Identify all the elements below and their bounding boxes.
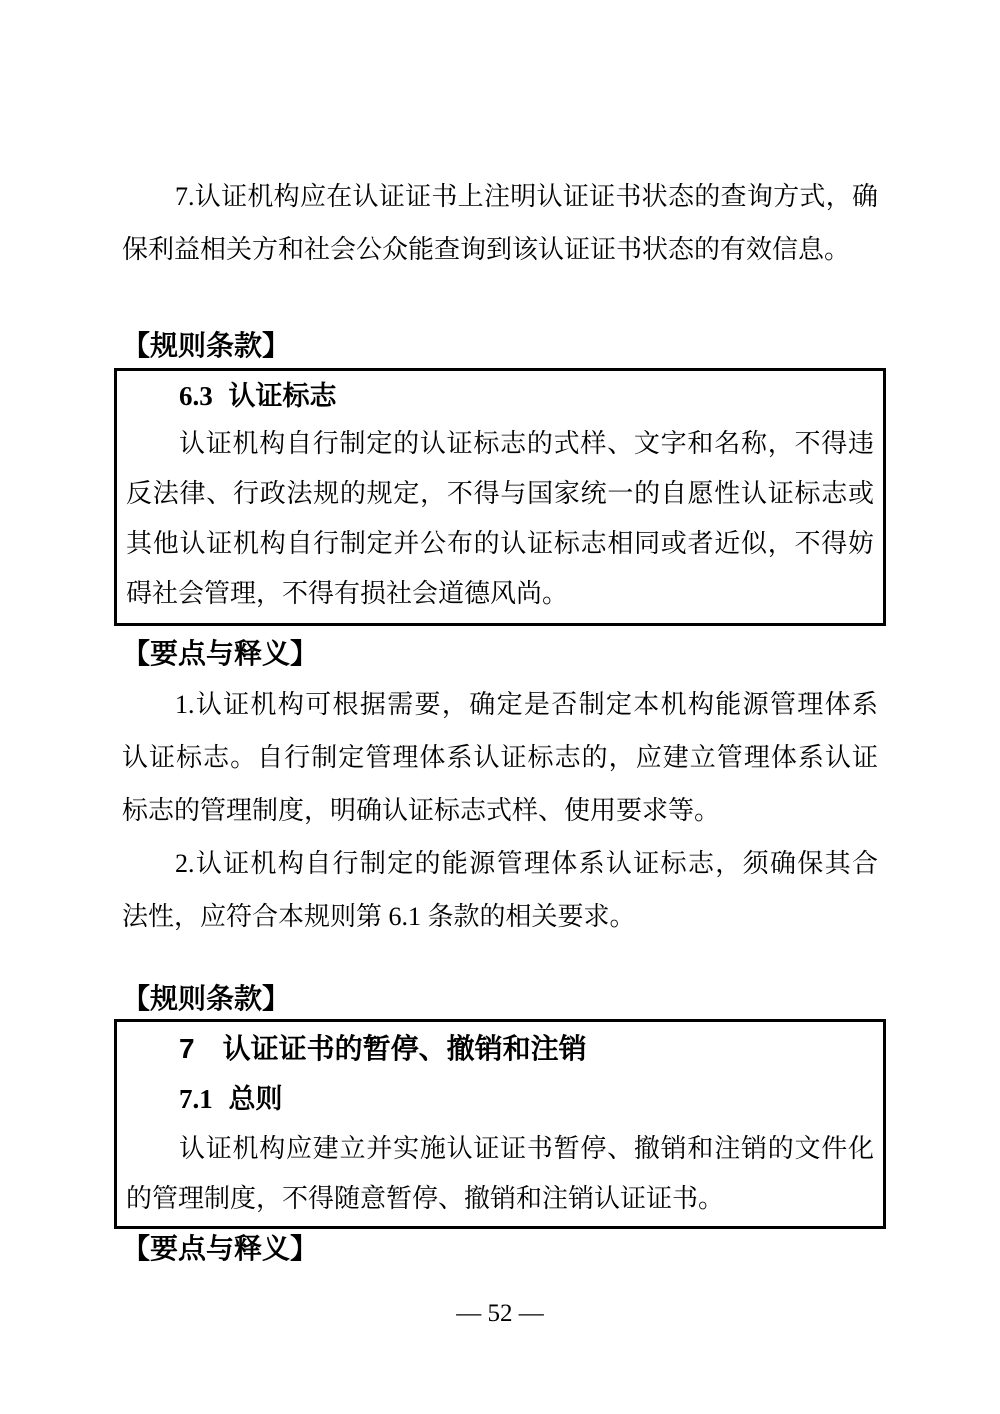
key-points-heading-1: 【要点与释义】 [122, 634, 878, 674]
box-title-6-3: 6.3 认证标志 [126, 373, 874, 419]
key-point-paragraph-2: 2.认证机构自行制定的能源管理体系认证标志，须确保其合 法性，应符合本规则第 6… [122, 837, 878, 943]
box-chapter-title-7: 7 认证证书的暂停、撤销和注销 [126, 1024, 874, 1074]
text-line: 碍社会管理，不得有损社会道德风尚。 [126, 569, 874, 619]
text-line: 7.认证机构应在认证证书上注明认证证书状态的查询方式，确 [122, 170, 878, 223]
text-line: 认证机构应建立并实施认证证书暂停、撤销和注销的文件化 [126, 1124, 874, 1174]
key-points-heading-2: 【要点与释义】 [122, 1229, 878, 1269]
rule-clause-box-7: 7 认证证书的暂停、撤销和注销 7.1 总则 认证机构应建立并实施认证证书暂停、… [114, 1019, 886, 1229]
key-point-paragraph-1: 1.认证机构可根据需要，确定是否制定本机构能源管理体系 认证标志。自行制定管理体… [122, 678, 878, 837]
page-number: — 52 — [0, 1298, 1000, 1330]
text-line: 认证标志。自行制定管理体系认证标志的，应建立管理体系认证 [122, 731, 878, 784]
text-line: 的管理制度，不得随意暂停、撤销和注销认证证书。 [126, 1174, 874, 1224]
text-line: 认证机构自行制定的认证标志的式样、文字和名称，不得违 [126, 419, 874, 469]
text-line: 其他认证机构自行制定并公布的认证标志相同或者近似，不得妨 [126, 519, 874, 569]
rule-clause-box-6-3: 6.3 认证标志 认证机构自行制定的认证标志的式样、文字和名称，不得违 反法律、… [114, 368, 886, 626]
page-content: 7.认证机构应在认证证书上注明认证证书状态的查询方式，确 保利益相关方和社会公众… [0, 0, 1000, 1269]
intro-paragraph: 7.认证机构应在认证证书上注明认证证书状态的查询方式，确 保利益相关方和社会公众… [122, 170, 878, 276]
rule-clause-heading-1: 【规则条款】 [122, 326, 878, 366]
text-line: 1.认证机构可根据需要，确定是否制定本机构能源管理体系 [122, 678, 878, 731]
text-line: 法性，应符合本规则第 6.1 条款的相关要求。 [122, 890, 878, 943]
box-section-title-7-1: 7.1 总则 [126, 1074, 874, 1124]
rule-clause-heading-2: 【规则条款】 [122, 979, 878, 1019]
text-line: 保利益相关方和社会公众能查询到该认证证书状态的有效信息。 [122, 223, 878, 276]
text-line: 反法律、行政法规的规定，不得与国家统一的自愿性认证标志或 [126, 469, 874, 519]
text-line: 标志的管理制度，明确认证标志式样、使用要求等。 [122, 784, 878, 837]
text-line: 2.认证机构自行制定的能源管理体系认证标志，须确保其合 [122, 837, 878, 890]
document-page: 7.认证机构应在认证证书上注明认证证书状态的查询方式，确 保利益相关方和社会公众… [0, 0, 1000, 1414]
